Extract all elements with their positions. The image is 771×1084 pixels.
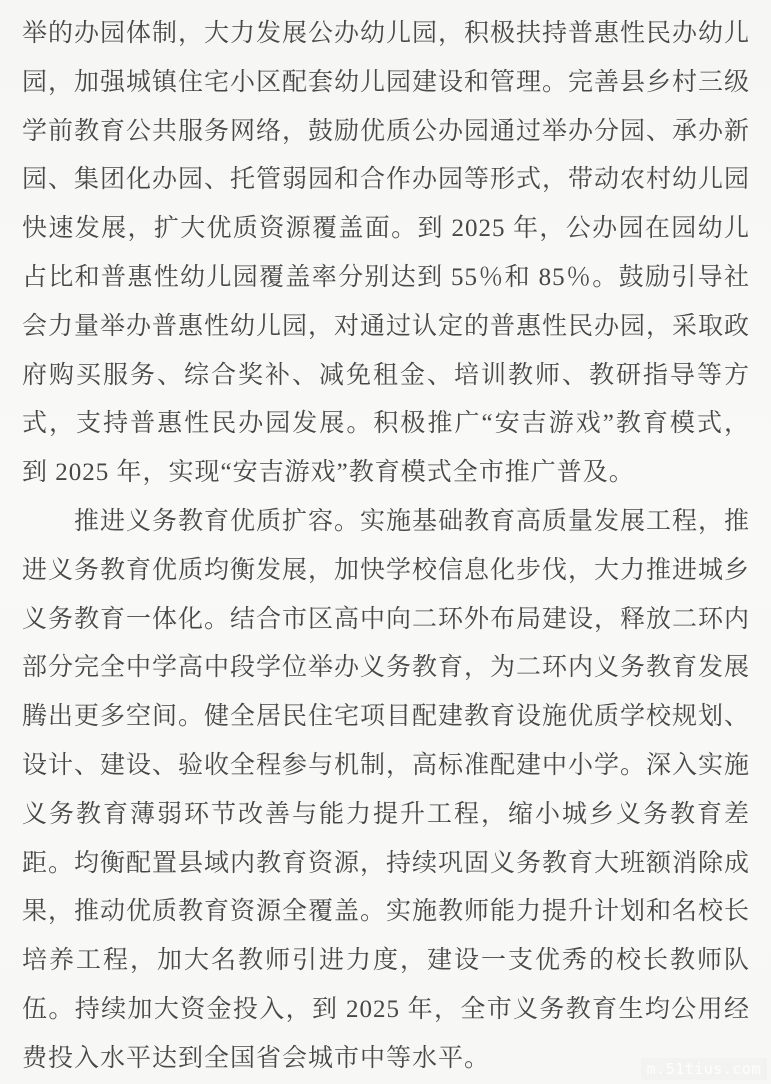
text-line: 学前教育公共服务网络，鼓励优质公办园通过举办分园、承办新 bbox=[22, 108, 750, 157]
text-line: 进义务教育优质均衡发展，加快学校信息化步伐，大力推进城乡 bbox=[22, 547, 750, 596]
text-line: 果，推动优质教育资源全覆盖。实施教师能力提升计划和名校长 bbox=[22, 888, 750, 937]
text-line: 到 2025 年，实现“安吉游戏”教育模式全市推广普及。 bbox=[22, 449, 750, 498]
text-line: 距。均衡配置县域内教育资源，持续巩固义务教育大班额消除成 bbox=[22, 840, 750, 889]
text-line: 伍。持续加大资金投入，到 2025 年，全市义务教育生均公用经 bbox=[22, 986, 750, 1035]
text-line: 举的办园体制，大力发展公办幼儿园，积极扶持普惠性民办幼儿 bbox=[22, 10, 750, 59]
text-line: 式，支持普惠性民办园发展。积极推广“安吉游戏”教育模式， bbox=[22, 400, 750, 449]
text-line: 义务教育一体化。结合市区高中向二环外布局建设，释放二环内 bbox=[22, 596, 750, 645]
text-line: 部分完全中学高中段学位举办义务教育，为二环内义务教育发展 bbox=[22, 644, 750, 693]
text-line: 园，加强城镇住宅小区配套幼儿园建设和管理。完善县乡村三级 bbox=[22, 59, 750, 108]
text-line: 会力量举办普惠性幼儿园，对通过认定的普惠性民办园，采取政 bbox=[22, 303, 750, 352]
text-line: 腾出更多空间。健全居民住宅项目配建教育设施优质学校规划、 bbox=[22, 693, 750, 742]
paragraph-preschool-education: 举的办园体制，大力发展公办幼儿园，积极扶持普惠性民办幼儿 园，加强城镇住宅小区配… bbox=[22, 10, 750, 498]
text-line: 府购买服务、综合奖补、减免租金、培训教师、教研指导等方 bbox=[22, 352, 750, 401]
text-line: 设计、建设、验收全程参与机制，高标准配建中小学。深入实施 bbox=[22, 742, 750, 791]
text-line: 快速发展，扩大优质资源覆盖面。到 2025 年，公办园在园幼儿 bbox=[22, 205, 750, 254]
scanned-document-page: 举的办园体制，大力发展公办幼儿园，积极扶持普惠性民办幼儿 园，加强城镇住宅小区配… bbox=[0, 0, 771, 1084]
paragraph-compulsory-education: 推进义务教育优质扩容。实施基础教育高质量发展工程，推 进义务教育优质均衡发展，加… bbox=[22, 498, 750, 1084]
text-line: 推进义务教育优质扩容。实施基础教育高质量发展工程，推 bbox=[22, 498, 750, 547]
text-line: 义务教育薄弱环节改善与能力提升工程，缩小城乡义务教育差 bbox=[22, 791, 750, 840]
watermark-text: m.51tius.com bbox=[641, 1058, 767, 1080]
text-line: 占比和普惠性幼儿园覆盖率分别达到 55％和 85％。鼓励引导社 bbox=[22, 254, 750, 303]
text-line: 园、集团化办园、托管弱园和合作办园等形式，带动农村幼儿园 bbox=[22, 156, 750, 205]
text-line: 培养工程，加大名教师引进力度，建设一支优秀的校长教师队 bbox=[22, 937, 750, 986]
